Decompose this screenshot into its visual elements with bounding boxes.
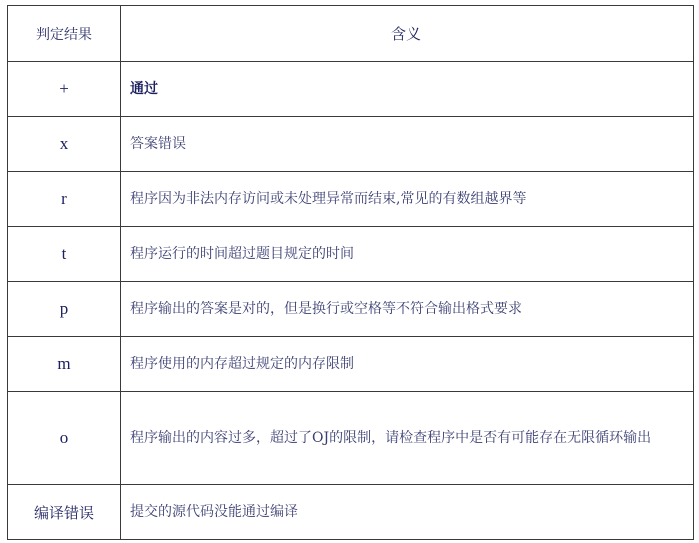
meaning-cell: 提交的源代码没能通过编译 <box>121 485 694 540</box>
table-header-row: 判定结果 含义 <box>8 6 694 62</box>
result-code-cell: x <box>8 117 121 172</box>
table-row: 编译错误 提交的源代码没能通过编译 <box>8 485 694 540</box>
judge-result-table: 判定结果 含义 + 通过 x 答案错误 r 程序因为非法内存访问或未处理异常而结… <box>7 5 694 540</box>
result-code-cell: m <box>8 337 121 392</box>
meaning-cell: 答案错误 <box>121 117 694 172</box>
table-row: p 程序输出的答案是对的，但是换行或空格等不符合输出格式要求 <box>8 282 694 337</box>
table-row: r 程序因为非法内存访问或未处理异常而结束,常见的有数组越界等 <box>8 172 694 227</box>
result-code-cell: t <box>8 227 121 282</box>
meaning-cell: 程序使用的内存超过规定的内存限制 <box>121 337 694 392</box>
meaning-cell: 程序输出的内容过多，超过了OJ的限制，请检查程序中是否有可能存在无限循环输出 <box>121 392 694 485</box>
table-row: x 答案错误 <box>8 117 694 172</box>
header-judge-result: 判定结果 <box>8 6 121 62</box>
table-row: o 程序输出的内容过多，超过了OJ的限制，请检查程序中是否有可能存在无限循环输出 <box>8 392 694 485</box>
meaning-cell: 程序输出的答案是对的，但是换行或空格等不符合输出格式要求 <box>121 282 694 337</box>
result-code-cell: p <box>8 282 121 337</box>
header-meaning: 含义 <box>121 6 694 62</box>
meaning-cell: 程序因为非法内存访问或未处理异常而结束,常见的有数组越界等 <box>121 172 694 227</box>
table-row: t 程序运行的时间超过题目规定的时间 <box>8 227 694 282</box>
table-row: m 程序使用的内存超过规定的内存限制 <box>8 337 694 392</box>
result-code-cell: o <box>8 392 121 485</box>
meaning-cell: 程序运行的时间超过题目规定的时间 <box>121 227 694 282</box>
result-code-cell: r <box>8 172 121 227</box>
result-code-cell: + <box>8 62 121 117</box>
result-code-cell: 编译错误 <box>8 485 121 540</box>
table-row: + 通过 <box>8 62 694 117</box>
meaning-cell: 通过 <box>121 62 694 117</box>
